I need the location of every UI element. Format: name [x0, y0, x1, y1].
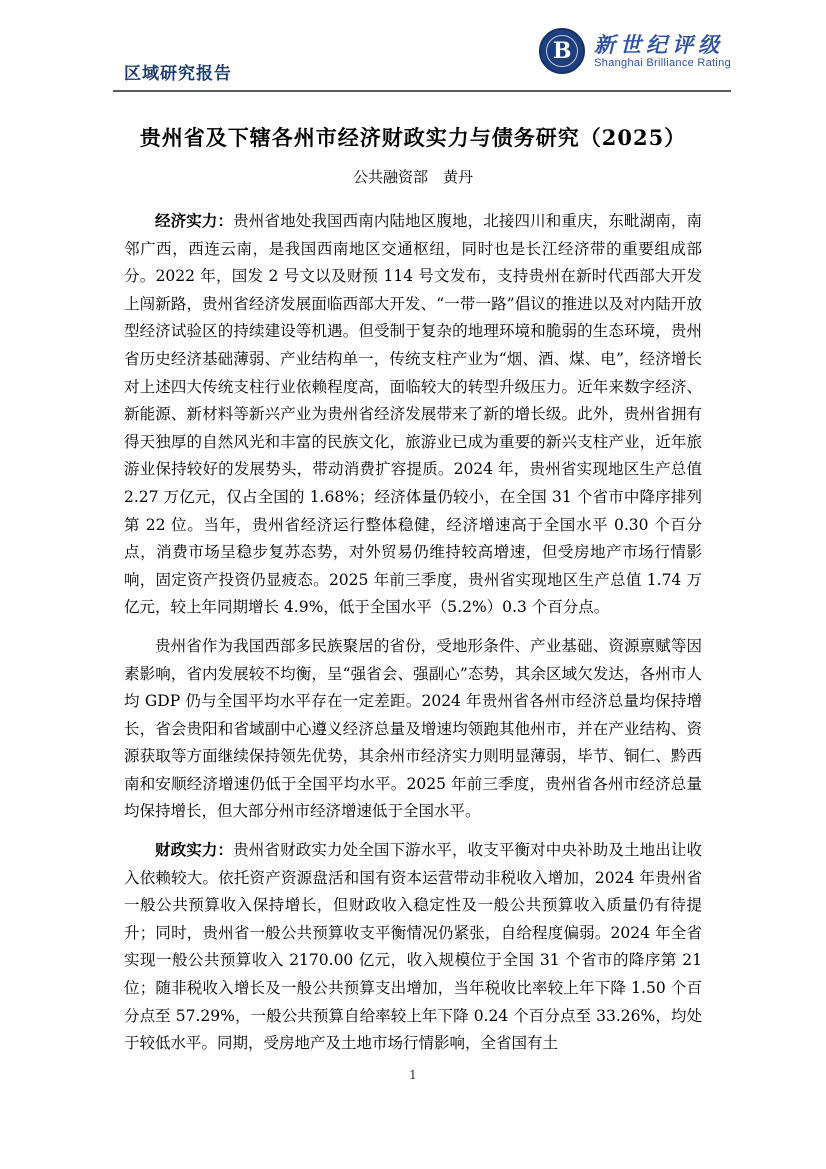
document-title: 贵州省及下辖各州市经济财政实力与债务研究（2025）	[0, 122, 826, 152]
author-byline: 公共融资部 黄丹	[0, 166, 826, 187]
document-body: 经济实力：贵州省地处我国西南内陆地区腹地，北接四川和重庆，东毗湖南，南邻广西，西…	[124, 208, 702, 1069]
paragraph-text: 贵州省作为我国西部多民族聚居的省份，受地形条件、产业基础、资源禀赋等因素影响，省…	[124, 637, 702, 821]
paragraph-regional-development: 贵州省作为我国西部多民族聚居的省份，受地形条件、产业基础、资源禀赋等因素影响，省…	[124, 633, 702, 826]
paragraph-lead-label: 财政实力：	[155, 841, 233, 859]
header-divider	[113, 90, 731, 92]
page-header: 区域研究报告 B 新世纪评级 Shanghai Brilliance Ratin…	[113, 28, 731, 90]
agency-logo-text: 新世纪评级 Shanghai Brilliance Rating	[594, 33, 731, 69]
agency-logo-emblem-icon: B	[539, 28, 585, 74]
agency-name-cn: 新世纪评级	[594, 33, 731, 57]
paragraph-text: 贵州省地处我国西南内陆地区腹地，北接四川和重庆，东毗湖南，南邻广西，西连云南，是…	[124, 212, 702, 616]
agency-logo-letter: B	[553, 40, 572, 62]
paragraph-lead-label: 经济实力：	[155, 212, 233, 230]
document-page: 区域研究报告 B 新世纪评级 Shanghai Brilliance Ratin…	[0, 0, 826, 1169]
page-number: 1	[0, 1068, 826, 1082]
paragraph-economic-strength: 经济实力：贵州省地处我国西南内陆地区腹地，北接四川和重庆，东毗湖南，南邻广西，西…	[124, 208, 702, 622]
agency-name-en: Shanghai Brilliance Rating	[594, 57, 731, 69]
report-type-label: 区域研究报告	[124, 59, 232, 84]
paragraph-fiscal-strength: 财政实力：贵州省财政实力处全国下游水平，收支平衡对中央补助及土地出让收入依赖较大…	[124, 837, 702, 1058]
agency-logo: B 新世纪评级 Shanghai Brilliance Rating	[539, 28, 731, 74]
paragraph-text: 贵州省财政实力处全国下游水平，收支平衡对中央补助及土地出让收入依赖较大。依托资产…	[124, 841, 702, 1052]
